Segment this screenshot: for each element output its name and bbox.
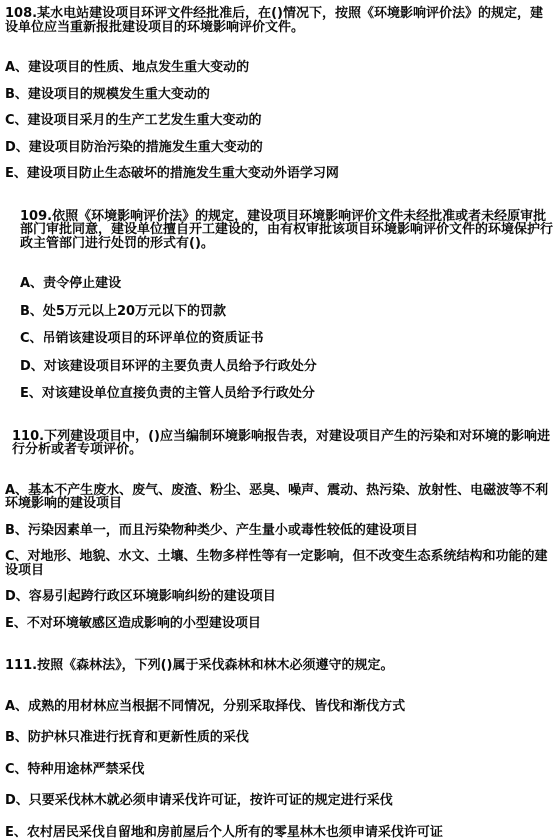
option-text: 对该建设项目环评的主要负责人员给予行政处分 [44,359,317,374]
option-label: B、 [20,304,43,319]
option-b: B、处5万元以上20万元以下的罚款 [20,305,554,319]
option-label: B、 [5,87,28,102]
option-text: 对地形、地貌、水文、土壤、生物多样性等有一定影响，但不改变生态系统结构和功能的建… [5,549,548,578]
option-d: D、建设项目防治污染的措施发生重大变动的 [5,141,554,155]
option-text: 建设项目防治污染的措施发生重大变动的 [29,140,263,155]
option-c: C、建设项目采月的生产工艺发生重大变动的 [5,114,554,128]
option-label: A、 [20,276,43,291]
option-text: 建设项目防止生态破坏的措施发生重大变动外语学习网 [27,166,339,181]
option-text: 基本不产生废水、废气、废渣、粉尘、恶臭、噪声、震动、热污染、放射性、电磁波等不利… [5,483,548,512]
option-e: E、对该建设单位直接负责的主管人员给予行政处分 [20,387,554,401]
option-d: D、只要采伐林木就必须申请采伐许可证，按许可证的规定进行采伐 [5,794,554,808]
option-d: D、容易引起跨行政区环境影响纠纷的建设项目 [5,590,554,604]
option-text: 容易引起跨行政区环境影响纠纷的建设项目 [29,589,276,604]
option-text: 吊销该建设项目的环评单位的资质证书 [43,331,264,346]
option-text: 不对环境敏感区造成影响的小型建设项目 [27,616,261,631]
option-text: 防护林只准进行抚育和更新性质的采伐 [28,730,249,745]
option-label: E、 [5,166,27,181]
option-c: C、特种用途林严禁采伐 [5,763,554,777]
option-label: D、 [5,793,29,808]
option-c: C、对地形、地貌、水文、土壤、生物多样性等有一定影响，但不改变生态系统结构和功能… [5,550,554,577]
option-text: 建设项目的规模发生重大变动的 [28,87,210,102]
option-a: A、建设项目的性质、地点发生重大变动的 [5,61,554,75]
option-label: E、 [5,825,27,838]
option-label: E、 [5,616,27,631]
option-e: E、建设项目防止生态破坏的措施发生重大变动外语学习网 [5,167,554,181]
option-d: D、对该建设项目环评的主要负责人员给予行政处分 [20,360,554,374]
question-108: 108.某水电站建设项目环评文件经批准后，在()情况下，按照《环境影响评价法》的… [5,7,554,181]
option-e: E、不对环境敏感区造成影响的小型建设项目 [5,617,554,631]
question-111: 111.按照《森林法》，下列()属于采伐森林和林木必须遵守的规定。 A、成熟的用… [5,659,554,838]
option-text: 建设项目的性质、地点发生重大变动的 [28,60,249,75]
option-label: B、 [5,523,28,538]
option-text: 农村居民采伐自留地和房前屋后个人所有的零星林木也须申请采伐许可证 [27,825,443,838]
option-b: B、建设项目的规模发生重大变动的 [5,88,554,102]
option-label: D、 [5,589,29,604]
option-text: 特种用途林严禁采伐 [28,762,145,777]
option-a: A、责令停止建设 [20,277,554,291]
option-c: C、吊销该建设项目的环评单位的资质证书 [20,332,554,346]
question-stem: 111.按照《森林法》，下列()属于采伐森林和林木必须遵守的规定。 [5,659,554,673]
question-109: 109.依照《环境影响评价法》的规定，建设项目环境影响评价文件未经批准或者未经原… [5,210,554,401]
option-label: B、 [5,730,28,745]
option-text: 建设项目采月的生产工艺发生重大变动的 [28,113,262,128]
option-a: A、成熟的用材林应当根据不同情况，分别采取择伐、皆伐和渐伐方式 [5,700,554,714]
option-e: E、农村居民采伐自留地和房前屋后个人所有的零星林木也须申请采伐许可证 [5,826,554,838]
exam-question-sheet: 108.某水电站建设项目环评文件经批准后，在()情况下，按照《环境影响评价法》的… [0,0,558,838]
option-text: 责令停止建设 [43,276,121,291]
question-stem: 109.依照《环境影响评价法》的规定，建设项目环境影响评价文件未经批准或者未经原… [20,210,554,251]
option-text: 对该建设单位直接负责的主管人员给予行政处分 [42,386,315,401]
option-label: A、 [5,60,28,75]
option-text: 处5万元以上20万元以下的罚款 [43,304,226,319]
option-text: 成熟的用材林应当根据不同情况，分别采取择伐、皆伐和渐伐方式 [28,699,405,714]
option-b: B、防护林只准进行抚育和更新性质的采伐 [5,731,554,745]
option-label: C、 [20,331,43,346]
question-110: 110.下列建设项目中，()应当编制环境影响报告表，对建设项目产生的污染和对环境… [5,430,554,631]
option-label: C、 [5,762,28,777]
question-stem: 108.某水电站建设项目环评文件经批准后，在()情况下，按照《环境影响评价法》的… [5,7,554,34]
option-b: B、污染因素单一，而且污染物种类少、产生量小或毒性较低的建设项目 [5,524,554,538]
option-label: C、 [5,113,28,128]
option-label: A、 [5,699,28,714]
option-label: D、 [20,359,44,374]
question-stem: 110.下列建设项目中，()应当编制环境影响报告表，对建设项目产生的污染和对环境… [5,430,554,457]
option-a: A、基本不产生废水、废气、废渣、粉尘、恶臭、噪声、震动、热污染、放射性、电磁波等… [5,484,554,511]
option-label: E、 [20,386,42,401]
option-text: 污染因素单一，而且污染物种类少、产生量小或毒性较低的建设项目 [28,523,418,538]
option-text: 只要采伐林木就必须申请采伐许可证，按许可证的规定进行采伐 [29,793,393,808]
option-label: D、 [5,140,29,155]
